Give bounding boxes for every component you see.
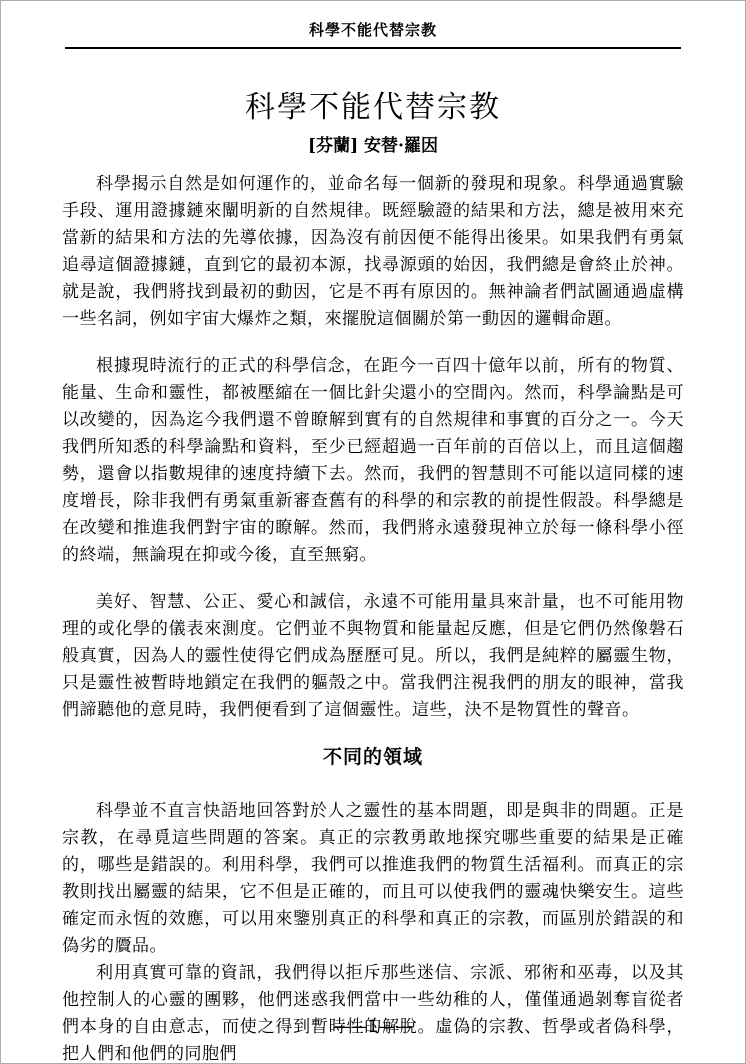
document-page: 科學不能代替宗教 科學不能代替宗教 [芬蘭] 安替·羅因 科學揭示自然是如何運作…: [0, 0, 746, 1064]
paragraph-4: 科學並不直言快語地回答對於人之靈性的基本問題，即是與非的問題。正是宗教，在尋覓這…: [62, 798, 684, 960]
document-body: 科學揭示自然是如何運作的，並命名每一個新的發現和現象。科學通過實驗手段、運用證據…: [62, 171, 684, 1064]
paragraph-5: 利用真實可靠的資訊，我們得以拒斥那些迷信、宗派、邪術和巫毒，以及其他控制人的心靈…: [62, 960, 684, 1064]
running-header: 科學不能代替宗教: [1, 1, 745, 41]
paragraph-1: 科學揭示自然是如何運作的，並命名每一個新的發現和現象。科學通過實驗手段、運用證據…: [62, 171, 684, 333]
page-number: ——1——: [1, 1015, 745, 1039]
paragraph-3: 美好、智慧、公正、愛心和誠信，永遠不可能用量具來計量，也不可能用物理的或化學的儀…: [62, 589, 684, 724]
header-rule: [65, 47, 681, 49]
section-heading: 不同的領域: [62, 744, 684, 770]
document-title: 科學不能代替宗教: [1, 89, 745, 127]
paragraph-2: 根據現時流行的正式的科學信念，在距今一百四十億年以前，所有的物質、能量、生命和靈…: [62, 353, 684, 569]
document-author: [芬蘭] 安替·羅因: [1, 135, 745, 157]
